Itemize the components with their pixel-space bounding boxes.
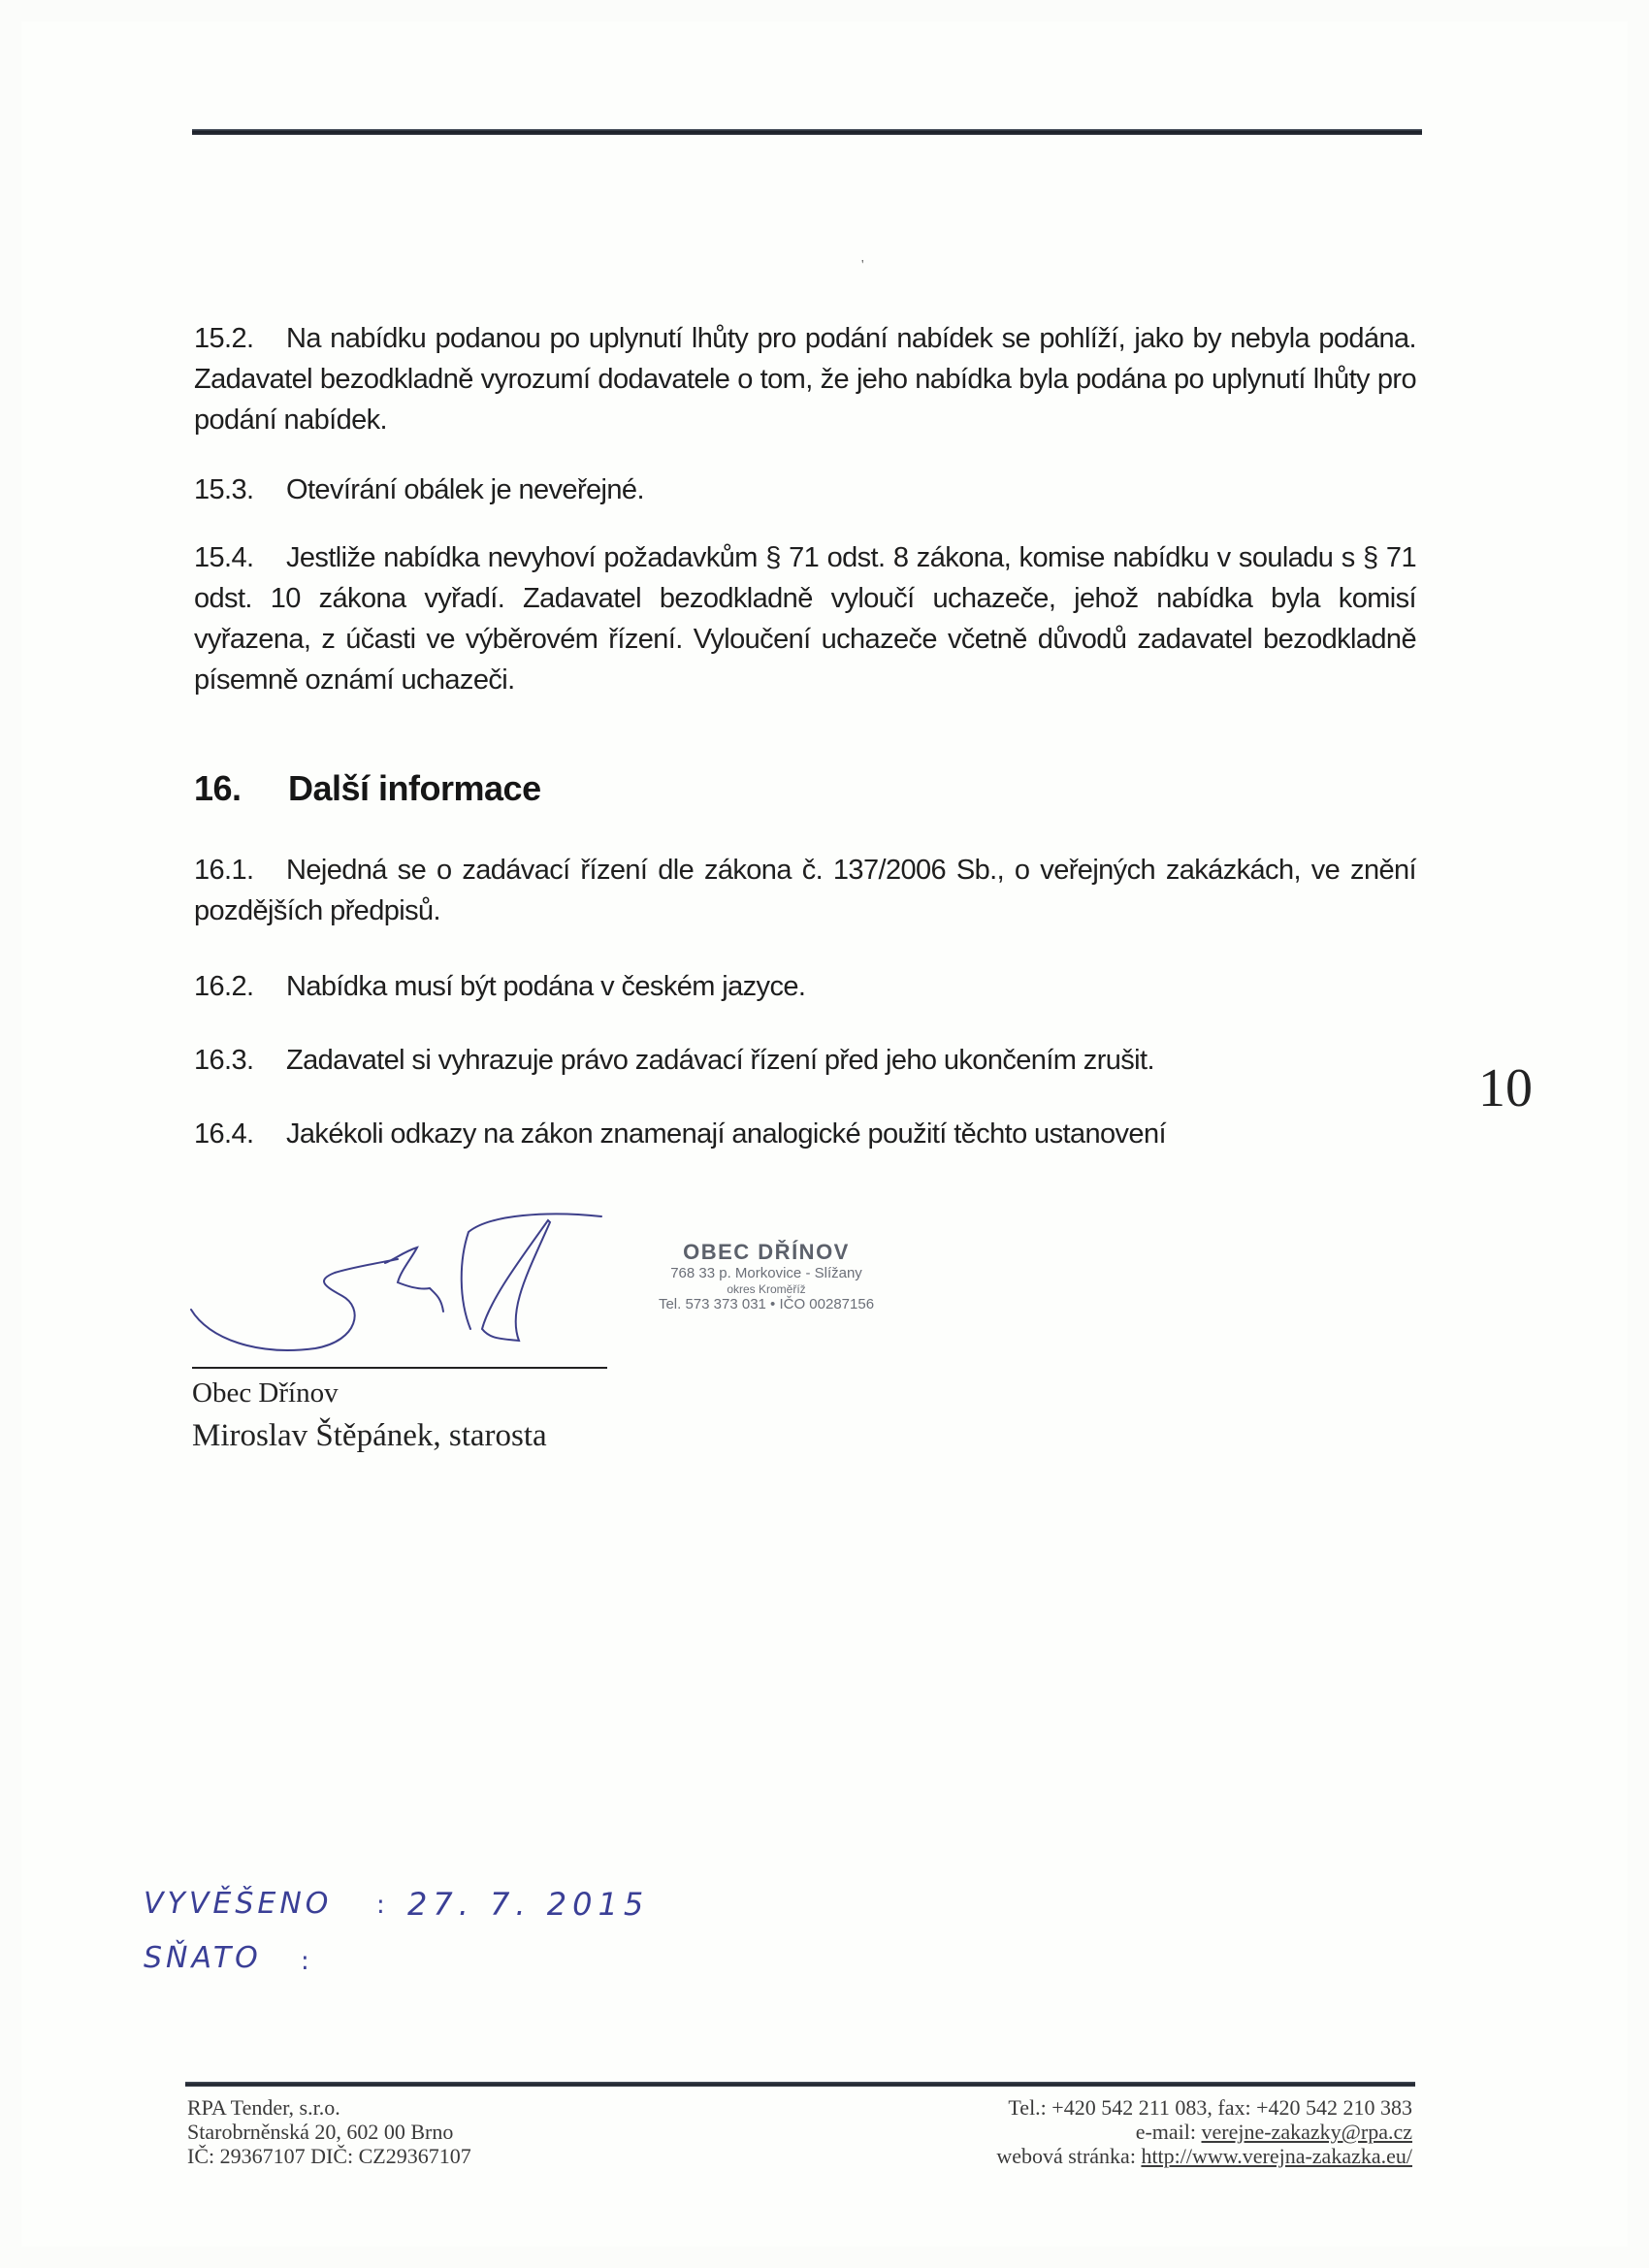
header-rule bbox=[192, 129, 1422, 135]
signatory-organization: Obec Dřínov bbox=[192, 1377, 339, 1409]
section-text: Na nabídku podanou po uplynutí lhůty pro… bbox=[194, 323, 1416, 436]
section-15-3: 15.3.Otevírání obálek je neveřejné. bbox=[194, 470, 1416, 510]
section-15-2: 15.2.Na nabídku podanou po uplynutí lhůt… bbox=[194, 318, 1416, 440]
svg-text::: : bbox=[301, 1947, 309, 1976]
section-text: Nabídka musí být podána v českém jazyce. bbox=[286, 971, 805, 1002]
section-16-2: 16.2.Nabídka musí být podána v českém ja… bbox=[194, 966, 1416, 1007]
section-number: 16.4. bbox=[194, 1114, 286, 1154]
stamp-contact: Tel. 573 373 031 • IČO 00287156 bbox=[621, 1296, 912, 1313]
email-link[interactable]: verejne-zakazky@rpa.cz bbox=[1202, 2120, 1413, 2144]
footer-web-row: webová stránka: http://www.verejna-zakaz… bbox=[996, 2144, 1412, 2168]
footer-company-info: RPA Tender, s.r.o. Starobrněnská 20, 602… bbox=[187, 2095, 471, 2168]
stamp-address: 768 33 p. Morkovice - Slížany bbox=[621, 1265, 912, 1282]
svg-text:VYVĚŠENO: VYVĚŠENO bbox=[144, 1885, 332, 1921]
footer-contact-info: Tel.: +420 542 211 083, fax: +420 542 21… bbox=[996, 2095, 1412, 2168]
web-label: webová stránka: bbox=[996, 2144, 1141, 2168]
section-text: Jakékoli odkazy na zákon znamenají analo… bbox=[286, 1118, 1166, 1150]
heading-title: Další informace bbox=[288, 768, 541, 808]
section-16-1: 16.1.Nejedná se o zadávací řízení dle zá… bbox=[194, 850, 1416, 931]
heading-number: 16. bbox=[194, 768, 288, 809]
email-label: e-mail: bbox=[1136, 2120, 1202, 2144]
footer-ids: IČ: 29367107 DIČ: CZ29367107 bbox=[187, 2144, 471, 2168]
svg-text:27. 7. 2015: 27. 7. 2015 bbox=[407, 1886, 649, 1923]
svg-text:SŇATO: SŇATO bbox=[144, 1940, 262, 1975]
stamp-district: okres Kroměříž bbox=[621, 1282, 912, 1296]
page-number: 10 bbox=[1478, 1057, 1533, 1119]
handwritten-posting-note: VYVĚŠENO : 27. 7. 2015 SŇATO : bbox=[126, 1872, 669, 1979]
footer-company: RPA Tender, s.r.o. bbox=[187, 2095, 471, 2120]
scan-artifact: ' bbox=[861, 258, 864, 274]
svg-text::: : bbox=[376, 1891, 385, 1920]
section-text: Otevírání obálek je neveřejné. bbox=[286, 474, 644, 505]
footer-phone-fax: Tel.: +420 542 211 083, fax: +420 542 21… bbox=[996, 2095, 1412, 2120]
section-heading: 16.Další informace bbox=[194, 768, 541, 809]
website-link[interactable]: http://www.verejna-zakazka.eu/ bbox=[1141, 2144, 1412, 2168]
footer-email-row: e-mail: verejne-zakazky@rpa.cz bbox=[996, 2120, 1412, 2144]
footer-address: Starobrněnská 20, 602 00 Brno bbox=[187, 2120, 471, 2144]
signature-line bbox=[192, 1367, 607, 1369]
section-number: 16.1. bbox=[194, 850, 286, 891]
section-text: Nejedná se o zadávací řízení dle zákona … bbox=[194, 855, 1416, 926]
footer-rule bbox=[185, 2082, 1415, 2087]
section-number: 16.3. bbox=[194, 1040, 286, 1081]
stamp-title: OBEC DŘÍNOV bbox=[621, 1240, 912, 1265]
section-number: 15.2. bbox=[194, 318, 286, 359]
section-15-4: 15.4.Jestliže nabídka nevyhoví požadavků… bbox=[194, 537, 1416, 700]
section-16-3: 16.3.Zadavatel si vyhrazuje právo zadáva… bbox=[194, 1040, 1416, 1081]
section-text: Jestliže nabídka nevyhoví požadavkům § 7… bbox=[194, 542, 1416, 696]
section-16-4: 16.4.Jakékoli odkazy na zákon znamenají … bbox=[194, 1114, 1416, 1154]
handwritten-signature bbox=[179, 1193, 626, 1368]
section-text: Zadavatel si vyhrazuje právo zadávací ří… bbox=[286, 1045, 1154, 1076]
signatory-name: Miroslav Štěpánek, starosta bbox=[192, 1418, 547, 1454]
section-number: 15.3. bbox=[194, 470, 286, 510]
section-number: 15.4. bbox=[194, 537, 286, 578]
section-number: 16.2. bbox=[194, 966, 286, 1007]
municipal-stamp: OBEC DŘÍNOV 768 33 p. Morkovice - Slížan… bbox=[621, 1240, 912, 1313]
